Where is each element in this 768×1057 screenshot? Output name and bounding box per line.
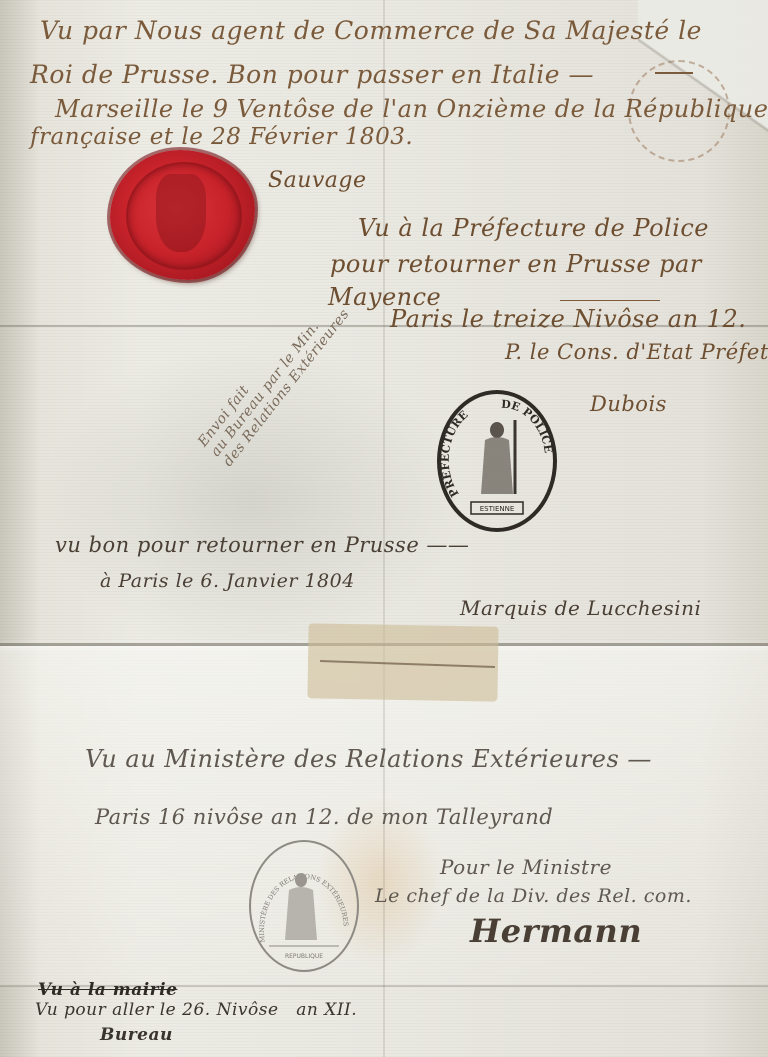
ministry-endorsement-line: Vu au Ministère des Relations Extérieure… — [85, 745, 652, 773]
seal-crest-icon — [156, 174, 206, 252]
stamp-base-text: ESTIENNE — [480, 505, 515, 513]
prussian-endorsement-line: Vu par Nous agent de Commerce de Sa Maje… — [40, 16, 702, 45]
police-stamp-icon: PRÉFECTURE DE POLICE ESTIENNE — [437, 390, 557, 532]
struck-through-line: Vu à la mairie — [38, 980, 177, 1000]
signature-sauvage: Sauvage — [268, 168, 367, 193]
ministry-endorsement-line: Paris 16 nivôse an 12. de mon Talleyrand — [95, 805, 553, 829]
prussian-endorsement-line: Roi de Prusse. Bon pour passer en Italie… — [30, 60, 594, 89]
ministry-stamp-base-text: REPUBLIQUE — [285, 953, 323, 960]
ministry-endorsement-line: Pour le Ministre — [440, 855, 612, 879]
lucchesini-endorsement-line: à Paris le 6. Janvier 1804 — [100, 570, 355, 592]
prefecture-endorsement-line: P. le Cons. d'Etat Préfet — [505, 340, 768, 364]
bottom-note-line: Vu pour aller le 26. Nivôse an XII. — [35, 1000, 357, 1020]
ink-dash — [655, 72, 693, 74]
prefecture-endorsement-line: pour retourner en Prusse par — [330, 250, 702, 278]
ministry-endorsement-line: Le chef de la Div. des Rel. com. — [375, 885, 692, 907]
marginal-note-line: au Bureau par le Min. — [208, 319, 323, 460]
prefecture-endorsement-line: Paris le treize Nivôse an 12. — [390, 305, 746, 333]
ministry-stamp-figure-icon: MINISTÈRE DES RELATIONS EXTÉRIEURES REPU… — [251, 842, 357, 970]
prussian-endorsement-line: Marseille le 9 Ventôse de l'an Onzième d… — [55, 95, 768, 123]
signature-hermann: Hermann — [470, 912, 642, 950]
signature-prefect: Dubois — [590, 392, 667, 416]
stamp-text-left: PRÉFECTURE — [441, 408, 471, 499]
ministry-stamp-icon: MINISTÈRE DES RELATIONS EXTÉRIEURES REPU… — [249, 840, 359, 972]
svg-text:PRÉFECTURE: PRÉFECTURE — [441, 408, 471, 499]
signature-bottom: Bureau — [100, 1025, 173, 1045]
marginal-note-diagonal: Envoi fait au Bureau par le Min. des Rel… — [195, 286, 353, 469]
document-sheet: Vu par Nous agent de Commerce de Sa Maje… — [0, 0, 768, 1057]
police-stamp-figure-icon: PRÉFECTURE DE POLICE ESTIENNE — [441, 394, 553, 528]
lucchesini-endorsement-line: vu bon pour retourner en Prusse —— — [55, 533, 469, 557]
bottom-note-text: Vu pour aller le 26. Nivôse — [35, 1000, 279, 1020]
red-wax-seal-icon — [110, 150, 255, 280]
bottom-note-text: an XII. — [296, 1000, 357, 1020]
signature-lucchesini: Marquis de Lucchesini — [460, 596, 701, 620]
prussian-endorsement-line: française et le 28 Février 1803. — [30, 124, 413, 150]
prefecture-endorsement-line: Vu à la Préfecture de Police — [358, 214, 709, 242]
ink-rule — [560, 300, 660, 301]
